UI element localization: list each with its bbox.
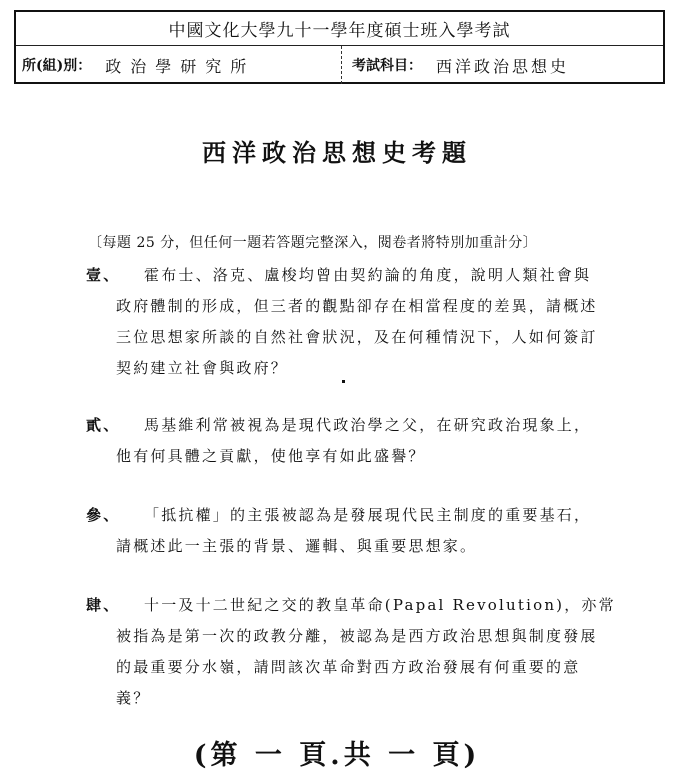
subject-value: 西洋政治思想史 [436,54,569,77]
question-line: 被指為是第一次的政教分離，被認為是西方政治思想與制度發展 [86,621,586,652]
page-indicator: (第 一 頁.共 一 頁) [0,733,674,772]
question-number: 肆、 [86,590,144,621]
question-text: 馬基維利常被視為是現代政治學之父，在研究政治現象上， [144,416,591,434]
question-line: 政府體制的形成，但三者的觀點卻存在相當程度的差異，請概述 [86,291,586,322]
question-line: 請概述此一主張的背景、邏輯、與重要思想家。 [86,531,586,562]
question-4: 肆、十一及十二世紀之交的教皇革命(Papal Revolution)，亦常 被指… [86,590,586,714]
department-value: 政治學研究所 [105,54,255,77]
question-line: 貳、馬基維利常被視為是現代政治學之父，在研究政治現象上， [86,410,586,441]
document-title: 西洋政治思想史考題 [0,133,674,168]
question-line: 他有何具體之貢獻，使他享有如此盛譽？ [86,441,586,472]
department-cell: 所(組)別： 政治學研究所 [16,46,342,84]
question-text: 霍布士、洛克、盧梭均曾由契約論的角度，說明人類社會與 [144,266,591,284]
question-1: 壹、霍布士、洛克、盧梭均曾由契約論的角度，說明人類社會與 政府體制的形成，但三者… [86,260,586,384]
question-line: 契約建立社會與政府？ [86,353,586,384]
scan-artifact-dot [342,380,345,383]
question-text: 十一及十二世紀之交的教皇革命(Papal Revolution)，亦常 [144,596,616,614]
scoring-instructions: 〔每題 25 分，但任何一題若答題完整深入，閱卷者將特別加重計分〕 [88,232,537,252]
question-line: 壹、霍布士、洛克、盧梭均曾由契約論的角度，說明人類社會與 [86,260,586,291]
exam-header-info-row: 所(組)別： 政治學研究所 考試科目： 西洋政治思想史 [16,46,663,84]
question-text: 「抵抗權」的主張被認為是發展現代民主制度的重要基石， [144,506,591,524]
question-number: 貳、 [86,410,144,441]
question-line: 肆、十一及十二世紀之交的教皇革命(Papal Revolution)，亦常 [86,590,586,621]
question-line: 三位思想家所談的自然社會狀況，及在何種情況下，人如何簽訂 [86,322,586,353]
subject-cell: 考試科目： 西洋政治思想史 [342,46,663,84]
question-2: 貳、馬基維利常被視為是現代政治學之父，在研究政治現象上， 他有何具體之貢獻，使他… [86,410,586,472]
question-line: 義？ [86,683,586,714]
department-label: 所(組)別： [22,55,91,75]
subject-label: 考試科目： [352,55,422,75]
question-3: 參、「抵抗權」的主張被認為是發展現代民主制度的重要基石， 請概述此一主張的背景、… [86,500,586,562]
exam-header-box: 中國文化大學九十一學年度碩士班入學考試 所(組)別： 政治學研究所 考試科目： … [14,10,665,84]
question-number: 壹、 [86,260,144,291]
question-number: 參、 [86,500,144,531]
question-line: 的最重要分水嶺，請問該次革命對西方政治發展有何重要的意 [86,652,586,683]
question-line: 參、「抵抗權」的主張被認為是發展現代民主制度的重要基石， [86,500,586,531]
exam-header-title: 中國文化大學九十一學年度碩士班入學考試 [16,12,663,46]
